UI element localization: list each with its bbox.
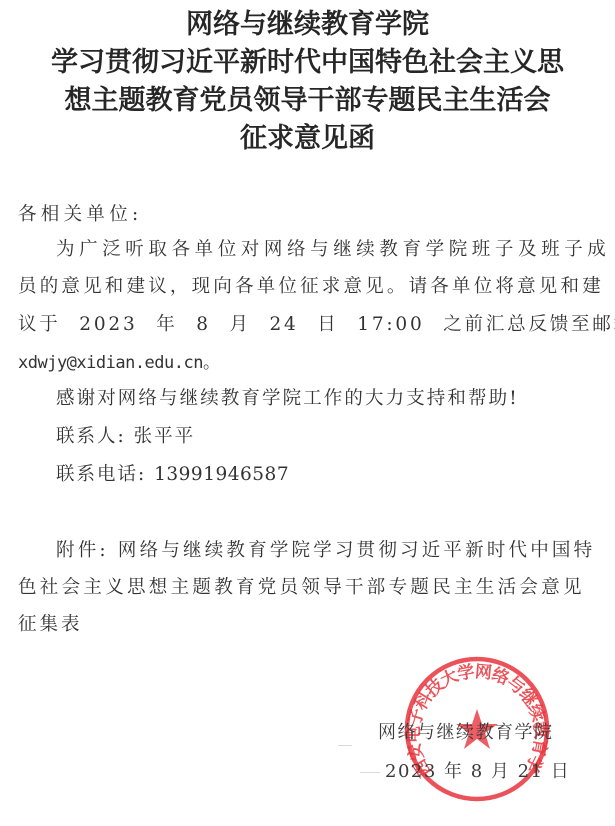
scan-artifact bbox=[360, 772, 380, 773]
attachment-line-2: 色社会主义思想主题教育党员领导干部专题民主生活会意见 bbox=[18, 573, 585, 599]
contact-phone-row: 联系电话: 13991946587 bbox=[56, 460, 289, 486]
attachment-line-1: 附件: 网络与继续教育学院学习贯彻习近平新时代中国特 bbox=[56, 536, 595, 562]
salutation: 各相关单位: bbox=[18, 200, 143, 226]
signature-date: 2023 年 8 月 21 日 bbox=[385, 757, 570, 783]
body-line-2: 员的意见和建议，现向各单位征求意见。请各单位将意见和建 bbox=[18, 272, 604, 298]
contact-phone-label: 联系电话: bbox=[56, 464, 146, 485]
title-line-1: 网络与继续教育学院 bbox=[0, 6, 615, 44]
document-title: 网络与继续教育学院 学习贯彻习近平新时代中国特色社会主义思 想主题教育党员领导干… bbox=[0, 6, 615, 158]
title-line-3: 想主题教育党员领导干部专题民主生活会 bbox=[0, 82, 615, 120]
body-line-1: 为广泛听取各单位对网络与继续教育学院班子及班子成 bbox=[56, 235, 610, 261]
signature-organization: 网络与继续教育学院 bbox=[378, 718, 554, 744]
thanks-line: 感谢对网络与继续教育学院工作的大力支持和帮助! bbox=[56, 384, 519, 410]
title-line-4: 征求意见函 bbox=[0, 120, 615, 158]
scan-artifact bbox=[338, 745, 352, 746]
attachment-line-3: 征集表 bbox=[18, 610, 83, 636]
contact-person-row: 联系人: 张平平 bbox=[56, 422, 195, 448]
contact-person-label: 联系人: bbox=[56, 426, 126, 447]
contact-phone-number: 13991946587 bbox=[154, 464, 289, 485]
body-line-3: 议于 2023 年 8 月 24 日 17:00 之前汇总反馈至邮箱 bbox=[18, 310, 615, 336]
email-line: xdwjy@xidian.edu.cn。 bbox=[18, 348, 219, 373]
contact-person-name: 张平平 bbox=[134, 426, 196, 447]
title-line-2: 学习贯彻习近平新时代中国特色社会主义思 bbox=[0, 44, 615, 82]
